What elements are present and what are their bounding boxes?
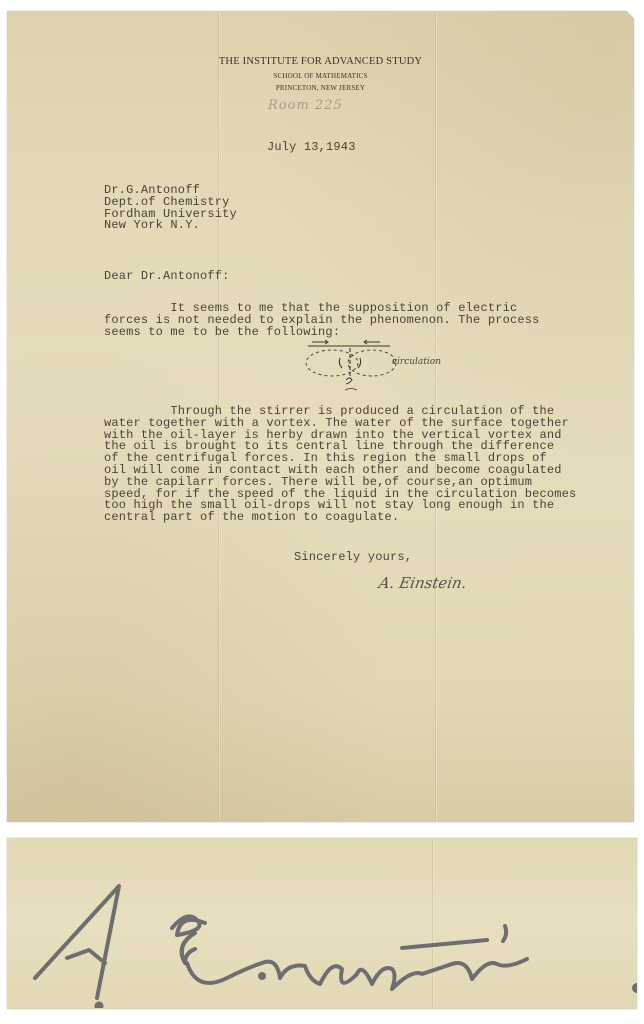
letter-date: July 13,1943	[267, 142, 356, 154]
salutation: Dear Dr.Antonoff:	[104, 271, 229, 283]
paragraph-2: Through the stirrer is produced a circul…	[104, 406, 576, 524]
signature-closeup-panel	[7, 838, 637, 1009]
folded-corner	[626, 10, 635, 19]
text-line: central part of the motion to coagulate.	[104, 512, 576, 524]
signature-small: A. Einstein.	[377, 574, 468, 592]
diagram-label-circulation: circulation	[392, 357, 441, 367]
text-line: seems to me to be the following:	[104, 327, 540, 339]
letterhead-location: PRINCETON, NEW JERSEY	[7, 84, 634, 92]
paragraph-1: It seems to me that the supposition of e…	[104, 303, 540, 338]
signature-closeup	[27, 848, 637, 1008]
letter-page: THE INSTITUTE FOR ADVANCED STUDY SCHOOL …	[7, 11, 634, 822]
letterhead-school: SCHOOL OF MATHEMATICS	[7, 72, 634, 80]
closing: Sincerely yours,	[294, 552, 412, 564]
recipient-line: New York N.Y.	[104, 220, 237, 232]
vortex-diagram	[290, 338, 440, 400]
handwritten-room-note: Room 225	[268, 98, 343, 113]
recipient-address: Dr.G.AntonoffDept.of ChemistryFordham Un…	[104, 185, 237, 232]
letterhead-institution: THE INSTITUTE FOR ADVANCED STUDY	[7, 56, 634, 67]
